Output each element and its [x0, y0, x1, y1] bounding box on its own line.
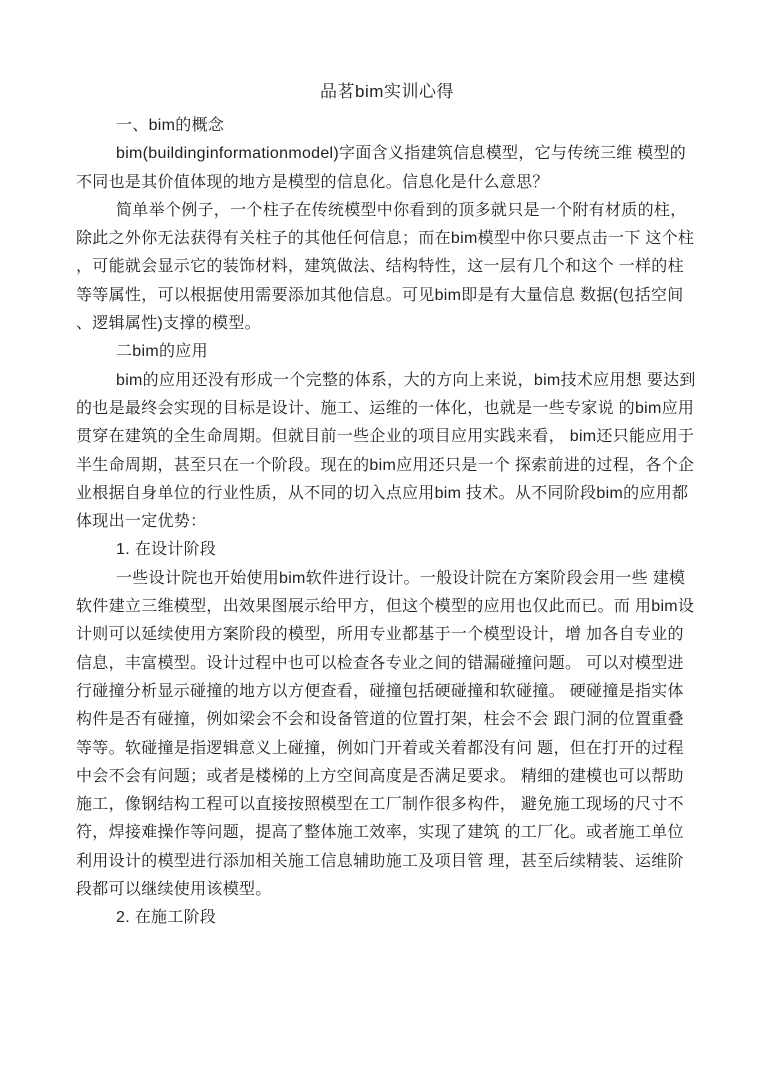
paragraph-body: bim(buildinginformationmodel)字面含义指建筑信息模型…	[76, 140, 698, 197]
document-title: 品茗bim实训心得	[76, 78, 698, 106]
paragraph-heading: 一、bim的概念	[76, 112, 698, 140]
paragraph-list-item: 2. 在施工阶段	[76, 904, 698, 932]
paragraph-heading: 二bim的应用	[76, 338, 698, 366]
paragraph-body: bim的应用还没有形成一个完整的体系，大的方向上来说，bim技术应用想 要达到的…	[76, 367, 698, 537]
document-page: 品茗bim实训心得 一、bim的概念bim(buildinginformatio…	[0, 0, 764, 1080]
paragraph-body: 简单举个例子，一个柱子在传统模型中你看到的顶多就只是一个附有材质的柱， 除此之外…	[76, 197, 698, 338]
paragraph-body: 一些设计院也开始使用bim软件进行设计。一般设计院在方案阶段会用一些 建模软件建…	[76, 565, 698, 905]
paragraph-list-item: 1. 在设计阶段	[76, 536, 698, 564]
document-body: 一、bim的概念bim(buildinginformationmodel)字面含…	[76, 112, 698, 933]
